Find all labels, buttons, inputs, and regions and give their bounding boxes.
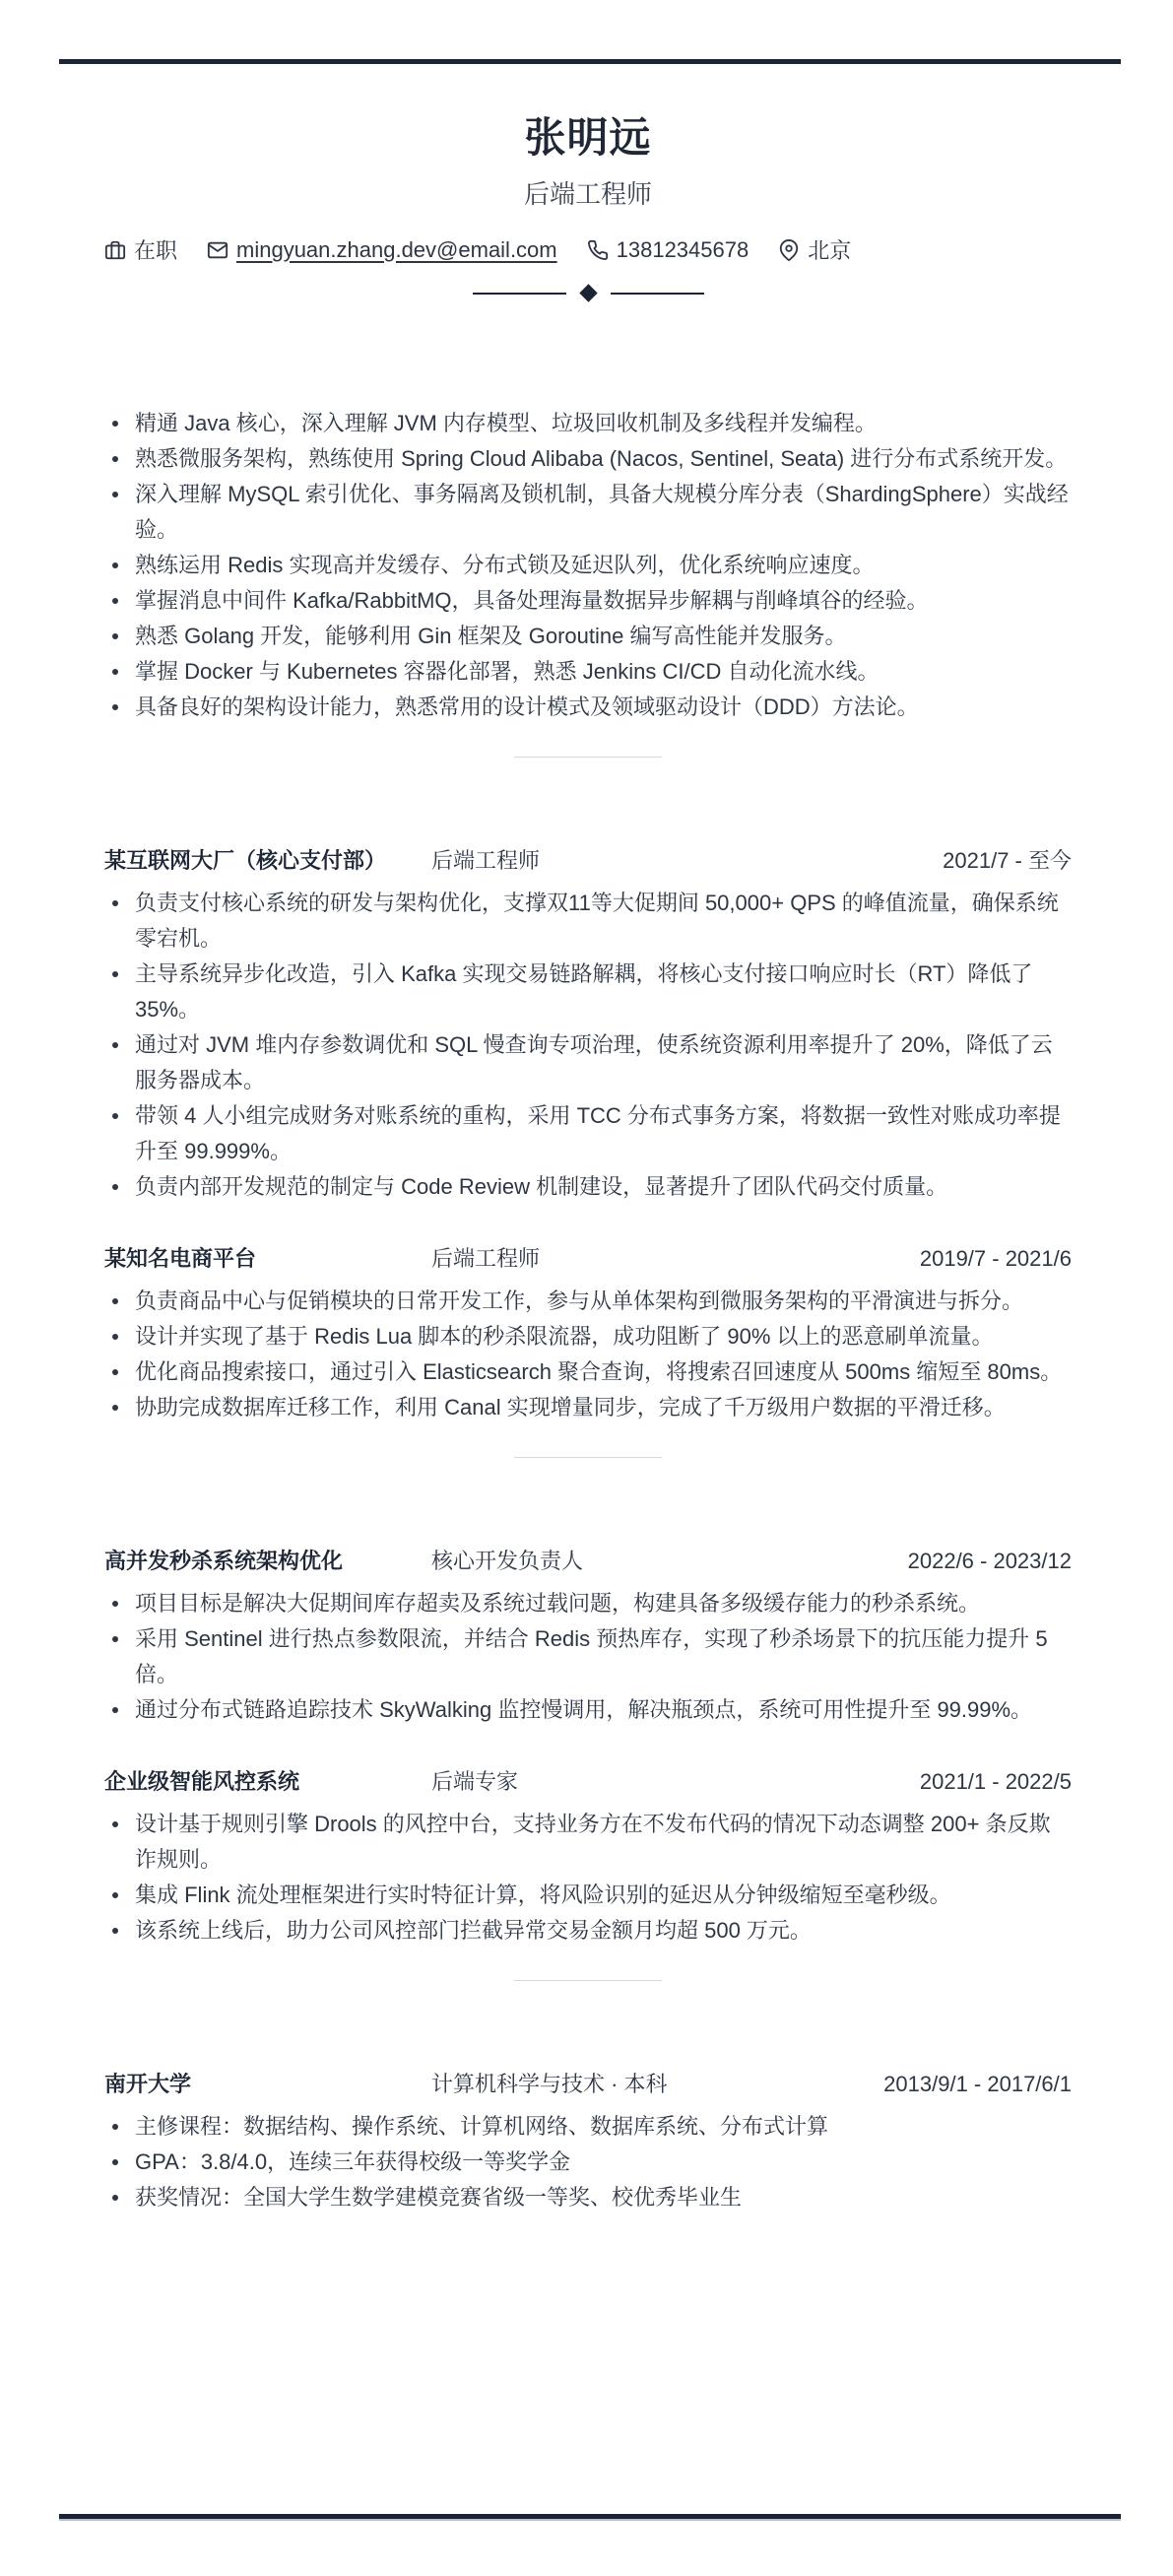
phone-number: 13812345678 <box>617 237 749 263</box>
experience-bullet-text: 负责支付核心系统的研发与架构优化，支撑双11等大促期间 50,000+ QPS … <box>135 891 1059 951</box>
experience-bullet-text: 带领 4 人小组完成财务对账系统的重构，采用 TCC 分布式事务方案，将数据一致… <box>135 1103 1061 1163</box>
degree-major: 计算机科学与技术 · 本科 <box>431 2070 883 2099</box>
project-bullet-list: 项目目标是解决大促期间库存超卖及系统过载问题，构建具备多级缓存能力的秒杀系统。 … <box>104 1586 1072 1728</box>
school-name: 南开大学 <box>104 2070 431 2099</box>
bullet-dot <box>112 2124 118 2130</box>
education-bullet-text: 获奖情况：全国大学生数学建模竞赛省级一等奖、校优秀毕业生 <box>135 2185 742 2210</box>
summary-section: 精通 Java 核心，深入理解 JVM 内存模型、垃圾回收机制及多线程并发编程。… <box>104 406 1072 725</box>
bullet-dot <box>112 1042 118 1048</box>
project-role: 后端专家 <box>431 1767 920 1797</box>
projects-section: 高并发秒杀系统架构优化 核心开发负责人 2022/6 - 2023/12 项目目… <box>104 1547 1072 1949</box>
summary-item-text: 掌握消息中间件 Kafka/RabbitMQ，具备处理海量数据异步解耦与削峰填谷… <box>135 588 929 613</box>
section-divider <box>514 1980 662 1981</box>
experience-bullet-text: 协助完成数据库迁移工作，利用 Canal 实现增量同步，完成了千万级用户数据的平… <box>135 1395 1006 1420</box>
bullet-dot <box>112 1707 118 1713</box>
project-entry-header: 企业级智能风控系统 后端专家 2021/1 - 2022/5 <box>104 1767 1072 1797</box>
summary-item-text: 深入理解 MySQL 索引优化、事务隔离及锁机制，具备大规模分库分表（Shard… <box>135 482 1069 542</box>
bullet-dot <box>112 1184 118 1190</box>
bullet-dot <box>112 2195 118 2201</box>
job-role: 后端工程师 <box>431 846 943 876</box>
bullet-dot <box>112 1821 118 1827</box>
header-divider <box>104 287 1072 299</box>
project-entry: 企业级智能风控系统 后端专家 2021/1 - 2022/5 设计基于规则引擎 … <box>104 1767 1072 1949</box>
company-name: 某知名电商平台 <box>104 1244 431 1274</box>
project-entry-header: 高并发秒杀系统架构优化 核心开发负责人 2022/6 - 2023/12 <box>104 1547 1072 1576</box>
experience-bullet-text: 优化商品搜索接口，通过引入 Elasticsearch 聚合查询，将搜索召回速度… <box>135 1359 1062 1384</box>
education-bullet: 获奖情况：全国大学生数学建模竞赛省级一等奖、校优秀毕业生 <box>104 2180 1072 2215</box>
bullet-dot <box>112 669 118 675</box>
project-bullet: 集成 Flink 流处理框架进行实时特征计算，将风险识别的延迟从分钟级缩短至毫秒… <box>104 1878 1072 1913</box>
experience-bullet-text: 通过对 JVM 堆内存参数调优和 SQL 慢查询专项治理，使系统资源利用率提升了… <box>135 1032 1053 1092</box>
job-period: 2021/7 - 至今 <box>943 846 1072 876</box>
experience-bullet: 负责支付核心系统的研发与架构优化，支撑双11等大促期间 50,000+ QPS … <box>104 886 1072 957</box>
bullet-dot <box>112 598 118 604</box>
bullet-dot <box>112 1928 118 1934</box>
project-bullet-text: 设计基于规则引擎 Drools 的风控中台，支持业务方在不发布代码的情况下动态调… <box>135 1812 1051 1872</box>
project-name: 企业级智能风控系统 <box>104 1767 431 1797</box>
location-label: 北京 <box>808 234 851 265</box>
mail-icon <box>207 239 228 261</box>
education-bullet-text: 主修课程：数据结构、操作系统、计算机网络、数据库系统、分布式计算 <box>135 2114 828 2139</box>
bullet-dot <box>112 2159 118 2165</box>
contact-row: 在职 mingyuan.zhang.dev@email.com 13812345… <box>104 234 1072 265</box>
project-bullet-list: 设计基于规则引擎 Drools 的风控中台，支持业务方在不发布代码的情况下动态调… <box>104 1807 1072 1949</box>
bullet-dot <box>112 1636 118 1642</box>
candidate-name: 张明远 <box>104 105 1072 165</box>
job-period: 2019/7 - 2021/6 <box>920 1244 1072 1274</box>
experience-bullet: 优化商品搜索接口，通过引入 Elasticsearch 聚合查询，将搜索召回速度… <box>104 1354 1072 1390</box>
summary-item: 掌握消息中间件 Kafka/RabbitMQ，具备处理海量数据异步解耦与削峰填谷… <box>104 583 1072 619</box>
summary-item: 掌握 Docker 与 Kubernetes 容器化部署，熟悉 Jenkins … <box>104 654 1072 690</box>
summary-item-text: 熟练运用 Redis 实现高并发缓存、分布式锁及延迟队列，优化系统响应速度。 <box>135 553 874 577</box>
project-entry: 高并发秒杀系统架构优化 核心开发负责人 2022/6 - 2023/12 项目目… <box>104 1547 1072 1728</box>
summary-item: 精通 Java 核心，深入理解 JVM 内存模型、垃圾回收机制及多线程并发编程。 <box>104 406 1072 441</box>
summary-item-text: 精通 Java 核心，深入理解 JVM 内存模型、垃圾回收机制及多线程并发编程。 <box>135 411 877 435</box>
project-bullet-text: 该系统上线后，助力公司风控部门拦截异常交易金额月均超 500 万元。 <box>135 1918 812 1943</box>
education-bullet: GPA：3.8/4.0，连续三年获得校级一等奖学金 <box>104 2145 1072 2180</box>
bullet-dot <box>112 421 118 427</box>
summary-item: 熟悉 Golang 开发，能够利用 Gin 框架及 Goroutine 编写高性… <box>104 619 1072 654</box>
project-bullet-text: 项目目标是解决大促期间库存超卖及系统过载问题，构建具备多级缓存能力的秒杀系统。 <box>135 1591 980 1616</box>
project-bullet: 设计基于规则引擎 Drools 的风控中台，支持业务方在不发布代码的情况下动态调… <box>104 1807 1072 1878</box>
project-bullet: 该系统上线后，助力公司风控部门拦截异常交易金额月均超 500 万元。 <box>104 1913 1072 1949</box>
education-bullet-text: GPA：3.8/4.0，连续三年获得校级一等奖学金 <box>135 2149 570 2174</box>
education-entry: 南开大学 计算机科学与技术 · 本科 2013/9/1 - 2017/6/1 主… <box>104 2070 1072 2215</box>
job-role: 后端工程师 <box>431 1244 920 1274</box>
bullet-dot <box>112 562 118 568</box>
briefcase-icon <box>104 239 126 261</box>
project-name: 高并发秒杀系统架构优化 <box>104 1547 431 1576</box>
experience-bullet-list: 负责支付核心系统的研发与架构优化，支撑双11等大促期间 50,000+ QPS … <box>104 886 1072 1205</box>
map-pin-icon <box>778 239 800 261</box>
phone-icon <box>587 239 609 261</box>
education-period: 2013/9/1 - 2017/6/1 <box>883 2070 1072 2099</box>
bottom-accent-bar <box>59 2514 1121 2519</box>
resume-page: { "colors":{"bar":"#1b2432","ink":"#2e36… <box>0 0 1173 2576</box>
top-accent-bar <box>59 59 1121 64</box>
experience-bullet: 主导系统异步化改造，引入 Kafka 实现交易链路解耦，将核心支付接口响应时长（… <box>104 957 1072 1027</box>
summary-item-text: 熟悉微服务架构，熟练使用 Spring Cloud Alibaba (Nacos… <box>135 446 1067 471</box>
email-link[interactable]: mingyuan.zhang.dev@email.com <box>236 237 557 263</box>
education-bullet: 主修课程：数据结构、操作系统、计算机网络、数据库系统、分布式计算 <box>104 2109 1072 2145</box>
divider-line <box>611 293 704 295</box>
experience-bullet-text: 负责商品中心与促销模块的日常开发工作，参与从单体架构到微服务架构的平滑演进与拆分… <box>135 1288 1023 1313</box>
project-period: 2021/1 - 2022/5 <box>920 1767 1072 1797</box>
experience-entry: 某知名电商平台 后端工程师 2019/7 - 2021/6 负责商品中心与促销模… <box>104 1244 1072 1425</box>
education-section: 南开大学 计算机科学与技术 · 本科 2013/9/1 - 2017/6/1 主… <box>104 2070 1072 2215</box>
divider-line <box>473 293 566 295</box>
contact-status: 在职 <box>104 234 177 265</box>
section-divider <box>514 1457 662 1458</box>
project-bullet: 通过分布式链路追踪技术 SkyWalking 监控慢调用，解决瓶颈点，系统可用性… <box>104 1692 1072 1728</box>
project-bullet-text: 采用 Sentinel 进行热点参数限流，并结合 Redis 预热库存，实现了秒… <box>135 1626 1048 1686</box>
bullet-dot <box>112 1334 118 1340</box>
experience-bullet-text: 负责内部开发规范的制定与 Code Review 机制建设，显著提升了团队代码交… <box>135 1174 947 1199</box>
bullet-dot <box>112 456 118 462</box>
project-period: 2022/6 - 2023/12 <box>908 1547 1072 1576</box>
experience-bullet-text: 设计并实现了基于 Redis Lua 脚本的秒杀限流器，成功阻断了 90% 以上… <box>135 1324 994 1349</box>
resume-content: 张明远 后端工程师 在职 mingyuan.zhang.dev@email.co… <box>104 105 1072 2215</box>
status-label: 在职 <box>134 234 177 265</box>
summary-item-text: 掌握 Docker 与 Kubernetes 容器化部署，熟悉 Jenkins … <box>135 659 879 684</box>
diamond-icon <box>579 284 597 301</box>
project-bullet-text: 通过分布式链路追踪技术 SkyWalking 监控慢调用，解决瓶颈点，系统可用性… <box>135 1697 1032 1722</box>
candidate-job-title: 后端工程师 <box>104 174 1072 211</box>
education-entry-header: 南开大学 计算机科学与技术 · 本科 2013/9/1 - 2017/6/1 <box>104 2070 1072 2099</box>
experience-entry-header: 某知名电商平台 后端工程师 2019/7 - 2021/6 <box>104 1244 1072 1274</box>
summary-item-text: 具备良好的架构设计能力，熟悉常用的设计模式及领域驱动设计（DDD）方法论。 <box>135 694 919 719</box>
project-bullet-text: 集成 Flink 流处理框架进行实时特征计算，将风险识别的延迟从分钟级缩短至毫秒… <box>135 1882 951 1907</box>
experience-bullet-text: 主导系统异步化改造，引入 Kafka 实现交易链路解耦，将核心支付接口响应时长（… <box>135 961 1032 1022</box>
experience-bullet: 设计并实现了基于 Redis Lua 脚本的秒杀限流器，成功阻断了 90% 以上… <box>104 1319 1072 1354</box>
experience-entry-header: 某互联网大厂（核心支付部） 后端工程师 2021/7 - 至今 <box>104 846 1072 876</box>
company-name: 某互联网大厂（核心支付部） <box>104 846 431 876</box>
summary-item-text: 熟悉 Golang 开发，能够利用 Gin 框架及 Goroutine 编写高性… <box>135 624 846 648</box>
bullet-dot <box>112 1298 118 1304</box>
education-bullet-list: 主修课程：数据结构、操作系统、计算机网络、数据库系统、分布式计算 GPA：3.8… <box>104 2109 1072 2215</box>
experience-bullet: 负责商品中心与促销模块的日常开发工作，参与从单体架构到微服务架构的平滑演进与拆分… <box>104 1284 1072 1319</box>
project-role: 核心开发负责人 <box>431 1547 908 1576</box>
contact-location: 北京 <box>778 234 851 265</box>
project-bullet: 采用 Sentinel 进行热点参数限流，并结合 Redis 预热库存，实现了秒… <box>104 1621 1072 1692</box>
contact-email: mingyuan.zhang.dev@email.com <box>207 237 557 263</box>
summary-item: 具备良好的架构设计能力，熟悉常用的设计模式及领域驱动设计（DDD）方法论。 <box>104 690 1072 725</box>
experience-bullet: 带领 4 人小组完成财务对账系统的重构，采用 TCC 分布式事务方案，将数据一致… <box>104 1098 1072 1169</box>
bullet-dot <box>112 1892 118 1898</box>
bullet-dot <box>112 1405 118 1411</box>
summary-item: 深入理解 MySQL 索引优化、事务隔离及锁机制，具备大规模分库分表（Shard… <box>104 477 1072 548</box>
contact-phone: 13812345678 <box>587 237 749 263</box>
bullet-dot <box>112 1113 118 1119</box>
bullet-dot <box>112 971 118 977</box>
experience-bullet-list: 负责商品中心与促销模块的日常开发工作，参与从单体架构到微服务架构的平滑演进与拆分… <box>104 1284 1072 1425</box>
summary-list: 精通 Java 核心，深入理解 JVM 内存模型、垃圾回收机制及多线程并发编程。… <box>104 406 1072 725</box>
bullet-dot <box>112 633 118 639</box>
experience-bullet: 负责内部开发规范的制定与 Code Review 机制建设，显著提升了团队代码交… <box>104 1169 1072 1205</box>
project-bullet: 项目目标是解决大促期间库存超卖及系统过载问题，构建具备多级缓存能力的秒杀系统。 <box>104 1586 1072 1621</box>
bullet-dot <box>112 704 118 710</box>
bullet-dot <box>112 1601 118 1607</box>
experience-section: 某互联网大厂（核心支付部） 后端工程师 2021/7 - 至今 负责支付核心系统… <box>104 846 1072 1425</box>
experience-bullet: 协助完成数据库迁移工作，利用 Canal 实现增量同步，完成了千万级用户数据的平… <box>104 1390 1072 1425</box>
experience-bullet: 通过对 JVM 堆内存参数调优和 SQL 慢查询专项治理，使系统资源利用率提升了… <box>104 1027 1072 1098</box>
summary-item: 熟练运用 Redis 实现高并发缓存、分布式锁及延迟队列，优化系统响应速度。 <box>104 548 1072 583</box>
bullet-dot <box>112 900 118 906</box>
bullet-dot <box>112 492 118 497</box>
summary-item: 熟悉微服务架构，熟练使用 Spring Cloud Alibaba (Nacos… <box>104 441 1072 477</box>
section-divider <box>514 757 662 758</box>
bullet-dot <box>112 1369 118 1375</box>
experience-entry: 某互联网大厂（核心支付部） 后端工程师 2021/7 - 至今 负责支付核心系统… <box>104 846 1072 1205</box>
